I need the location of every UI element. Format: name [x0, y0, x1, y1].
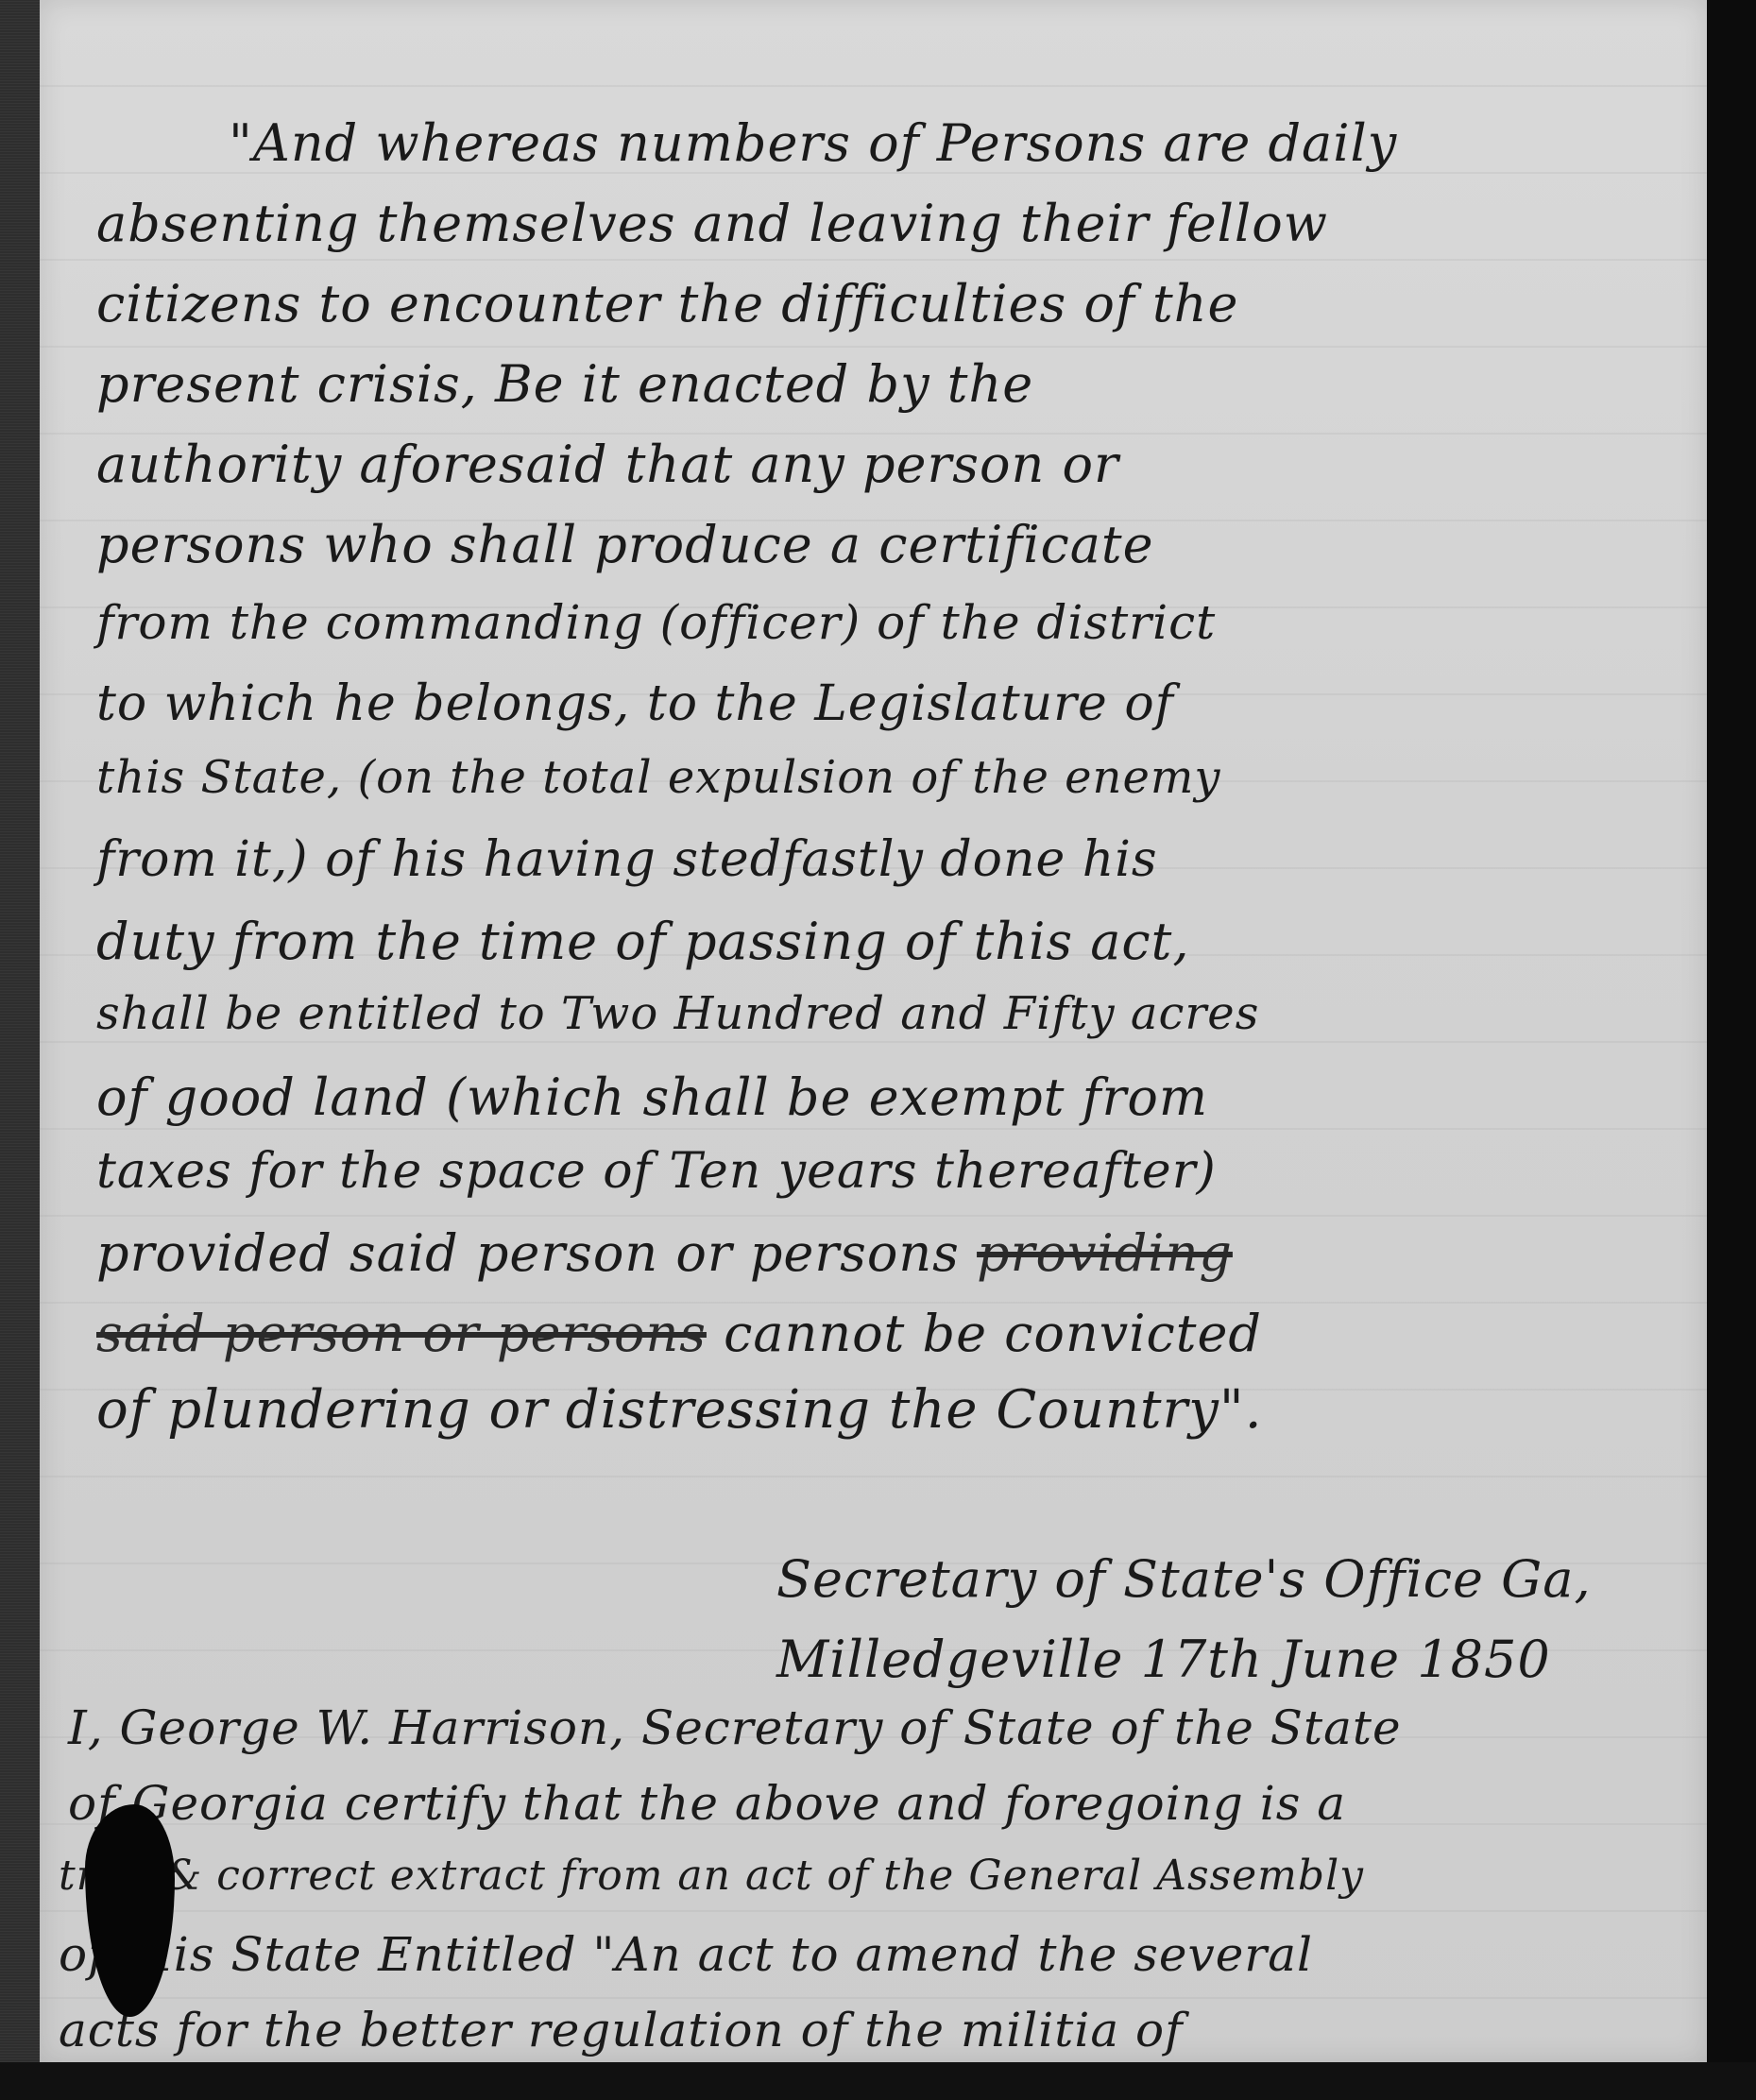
body-line-11: duty from the time of passing of this ac…	[96, 912, 1190, 971]
body-line-1: "And whereas numbers of Persons are dail…	[229, 113, 1397, 173]
body-line-16-text: cannot be convicted	[724, 1304, 1262, 1363]
cert-line-2: of Georgia certify that the above and fo…	[68, 1776, 1346, 1831]
cert-line-3: true & correct extract from an act of th…	[59, 1852, 1364, 1900]
body-line-9: this State, (on the total expulsion of t…	[96, 751, 1220, 804]
body-line-3: citizens to encounter the difficulties o…	[96, 274, 1238, 333]
scan-right-border	[1707, 0, 1756, 2100]
body-line-13: of good land (which shall be exempt from	[96, 1067, 1208, 1127]
wax-seal	[57, 1795, 179, 2022]
cert-line-5: acts for the better regulation of the mi…	[59, 2003, 1184, 2057]
document-page: "And whereas numbers of Persons are dail…	[40, 0, 1707, 2062]
body-line-7: from the commanding (officer) of the dis…	[96, 595, 1216, 650]
dateline-place-date: Milledgeville 17th June 1850	[776, 1630, 1551, 1689]
body-line-14: taxes for the space of Ten years thereaf…	[96, 1143, 1217, 1200]
body-line-5: authority aforesaid that any person or	[96, 435, 1119, 494]
body-line-16: said person or persons cannot be convict…	[96, 1304, 1262, 1363]
cert-line-4: of this State Entitled "An act to amend …	[59, 1927, 1313, 1982]
cert-line-1: I, George W. Harrison, Secretary of Stat…	[68, 1700, 1402, 1755]
scan-bottom-border	[0, 2062, 1756, 2100]
dateline-office: Secretary of State's Office Ga,	[776, 1549, 1592, 1609]
struck-word: providing	[977, 1223, 1233, 1283]
body-line-10: from it,) of his having stedfastly done …	[96, 831, 1158, 888]
body-line-2: absenting themselves and leaving their f…	[96, 194, 1328, 253]
body-line-6: persons who shall produce a certificate	[96, 515, 1154, 574]
scan-left-border	[0, 0, 40, 2100]
struck-phrase: said person or persons	[96, 1304, 707, 1363]
body-line-17: of plundering or distressing the Country…	[96, 1379, 1263, 1441]
body-line-8: to which he belongs, to the Legislature …	[96, 675, 1174, 732]
body-line-4: present crisis, Be it enacted by the	[96, 354, 1033, 414]
body-line-15-text: provided said person or persons	[96, 1223, 960, 1283]
body-line-12: shall be entitled to Two Hundred and Fif…	[96, 987, 1259, 1040]
body-line-15: provided said person or persons providin…	[96, 1223, 1233, 1283]
seal-icon	[85, 1804, 175, 2017]
